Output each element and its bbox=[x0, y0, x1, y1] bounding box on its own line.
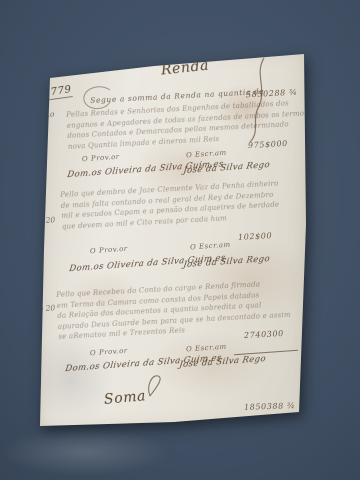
entry-paragraph: Pello que dembro de Joze Clemente Vaz da… bbox=[60, 179, 280, 232]
signature-left-title: O Prov.or bbox=[90, 245, 128, 256]
signature-left-title: O Prov.or bbox=[82, 153, 120, 164]
page-title: Renda bbox=[129, 54, 240, 81]
loop-flourish-icon bbox=[144, 372, 166, 398]
margin-year: 1779 bbox=[43, 84, 72, 101]
manuscript-photo: Renda 1779 Segue a somma da Renda na qua… bbox=[0, 0, 360, 480]
manuscript-page: Renda 1779 Segue a somma da Renda na qua… bbox=[34, 44, 312, 434]
soma-amount: 1850388 ¾ bbox=[244, 401, 296, 412]
soma-label: Soma bbox=[103, 388, 146, 408]
paper-shadow-wrap: Renda 1779 Segue a somma da Renda na qua… bbox=[0, 0, 360, 480]
entry-amount: 2740300 bbox=[244, 329, 284, 340]
signature-right-title: O Escr.am bbox=[186, 343, 227, 354]
entry-margin-note: J.o 20 bbox=[34, 303, 56, 314]
signature-left-title: O Prov.or bbox=[90, 347, 128, 358]
signature-right-title: O Escr.am bbox=[190, 241, 231, 252]
entry-margin-note: Ja.o bbox=[40, 109, 55, 119]
signature-right-title: O Escr.am bbox=[186, 149, 227, 160]
entry-amount: 102$00 bbox=[238, 231, 273, 242]
entry-amount: 975$000 bbox=[248, 139, 288, 150]
entry-margin-note: J.o 20 bbox=[34, 215, 56, 226]
